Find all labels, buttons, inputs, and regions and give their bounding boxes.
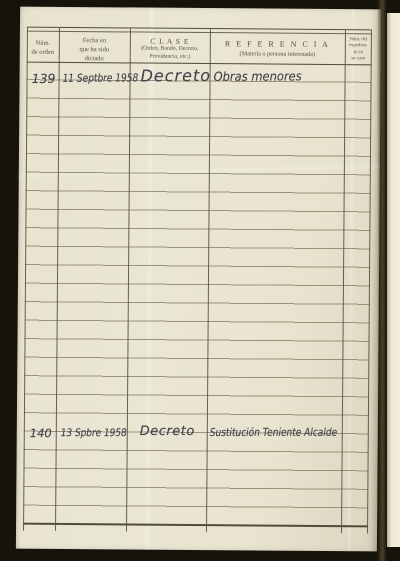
header-line: Providencia, etc.) (130, 53, 210, 61)
column-header-referencia: R E F E R E N C I A (Materia o persona i… (210, 33, 345, 65)
next-page-edge (387, 13, 400, 547)
entry-class: Decreto (140, 424, 195, 439)
entry-date: 13 Spbre 1958 (61, 427, 127, 439)
register-table: Núm. de orden Fecha en que ha sido dicta… (23, 27, 372, 528)
register-page-paper: Núm. de orden Fecha en que ha sido dicta… (16, 7, 381, 552)
header-line: de orden (27, 48, 59, 58)
ruled-lines (23, 62, 372, 528)
column-header-expediente: Núm. del expedien- te en su caso (345, 34, 372, 65)
entry-date: 11 Septbre 1958 (63, 71, 139, 84)
entry-number: 139 (29, 71, 59, 86)
entry-number: 140 (26, 426, 56, 440)
header-line: (Materia o persona interesada) (210, 50, 345, 58)
column-header-clase: C L A S E (Orden, Bando, Decreto, Provid… (130, 32, 210, 63)
entry-reference: Obras menores (213, 68, 301, 84)
table-header-row: Núm. de orden Fecha en que ha sido dicta… (27, 31, 372, 65)
register-entry-row: 139 11 Septbre 1958 Decreto Obras menore… (26, 66, 371, 94)
entry-class: Decreto (140, 66, 211, 85)
page-binding-shadow (377, 0, 387, 561)
register-entry-row: 140 13 Spbre 1958 Decreto Sustitución Te… (24, 422, 369, 448)
header-line: (Orden, Bando, Decreto, (130, 45, 210, 53)
header-title: R E F E R E N C I A (210, 39, 345, 49)
header-line: su caso (345, 57, 372, 64)
scanned-register-page: Núm. de orden Fecha en que ha sido dicta… (0, 0, 400, 561)
column-header-fecha: Fecha en que ha sido dictado (59, 31, 130, 62)
entry-reference: Sustitución Teniente Alcalde (210, 426, 337, 439)
column-header-num-orden: Núm. de orden (27, 31, 59, 62)
header-line: Núm. (27, 38, 59, 48)
